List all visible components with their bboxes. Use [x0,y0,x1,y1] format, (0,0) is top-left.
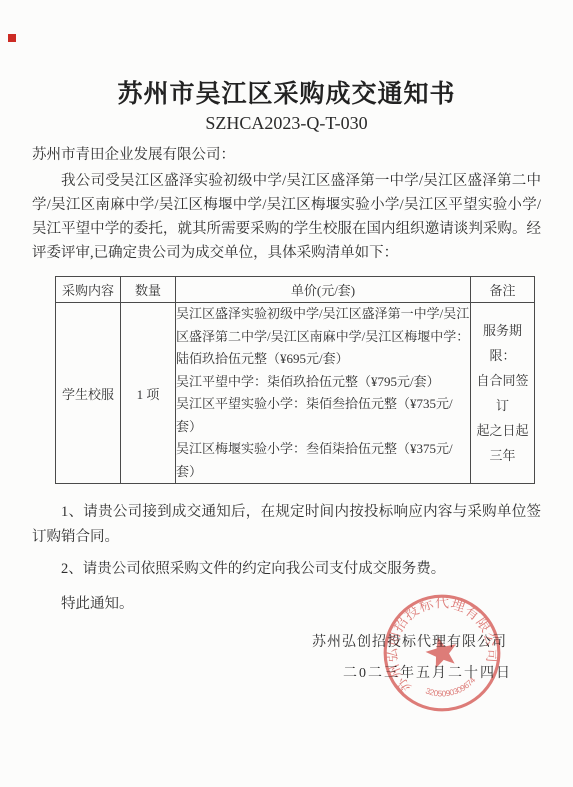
cell-price: 吴江区盛泽实验初级中学/吴江区盛泽第一中学/吴江区盛泽第二中学/吴江区南麻中学/… [176,303,471,484]
notice-document: 苏州市吴江区采购成交通知书 SZHCA2023-Q-T-030 苏州市青田企业发… [0,0,573,787]
header-price: 单价(元/套) [176,277,471,303]
intro-paragraph: 我公司受吴江区盛泽实验初级中学/吴江区盛泽第一中学/吴江区盛泽第二中学/吴江区南… [32,169,541,265]
cell-quantity: 1 项 [121,303,176,484]
remark-line: 三年 [471,443,534,468]
price-item: 吴江平望中学：柒佰玖拾伍元整（¥795元/套） [176,371,470,394]
clause-2: 2、请贵公司依照采购文件的约定向我公司支付成交服务费。 [32,557,541,582]
header-quantity: 数量 [121,277,176,303]
red-mark [8,34,16,42]
cell-remark: 服务期限： 自合同签订 起之日起 三年 [471,303,535,484]
table-header-row: 采购内容 数量 单价(元/套) 备注 [56,277,535,303]
remark-line: 起之日起 [471,418,534,443]
procurement-table: 采购内容 数量 单价(元/套) 备注 学生校服 1 项 吴江区盛泽实验初级中学/… [55,276,535,484]
closing-note: 特此通知。 [32,592,541,613]
remark-line: 服务期限： [471,318,534,368]
remark-line: 自合同签订 [471,368,534,418]
signature-date: 二0二三年五月二十四日 [343,662,512,682]
page-title: 苏州市吴江区采购成交通知书 [0,74,573,110]
price-item: 吴江区盛泽实验初级中学/吴江区盛泽第一中学/吴江区盛泽第二中学/吴江区南麻中学/… [176,303,470,371]
header-remark: 备注 [471,277,535,303]
signature-company: 苏州弘创招投标代理有限公司 [312,631,507,651]
cell-content: 学生校服 [56,303,121,484]
price-item: 吴江区平望实验小学：柒佰叁拾伍元整（¥735元/套） [176,393,470,438]
doc-number: SZHCA2023-Q-T-030 [0,113,573,134]
header-content: 采购内容 [56,277,121,303]
table-row: 学生校服 1 项 吴江区盛泽实验初级中学/吴江区盛泽第一中学/吴江区盛泽第二中学… [56,303,535,484]
price-item: 吴江区梅堰实验小学：叁佰柒拾伍元整（¥375元/套） [176,438,470,483]
addressee-line: 苏州市青田企业发展有限公司： [32,143,573,164]
clause-1: 1、请贵公司接到成交通知后，在规定时间内按投标响应内容与采购单位签订购销合同。 [32,500,541,550]
